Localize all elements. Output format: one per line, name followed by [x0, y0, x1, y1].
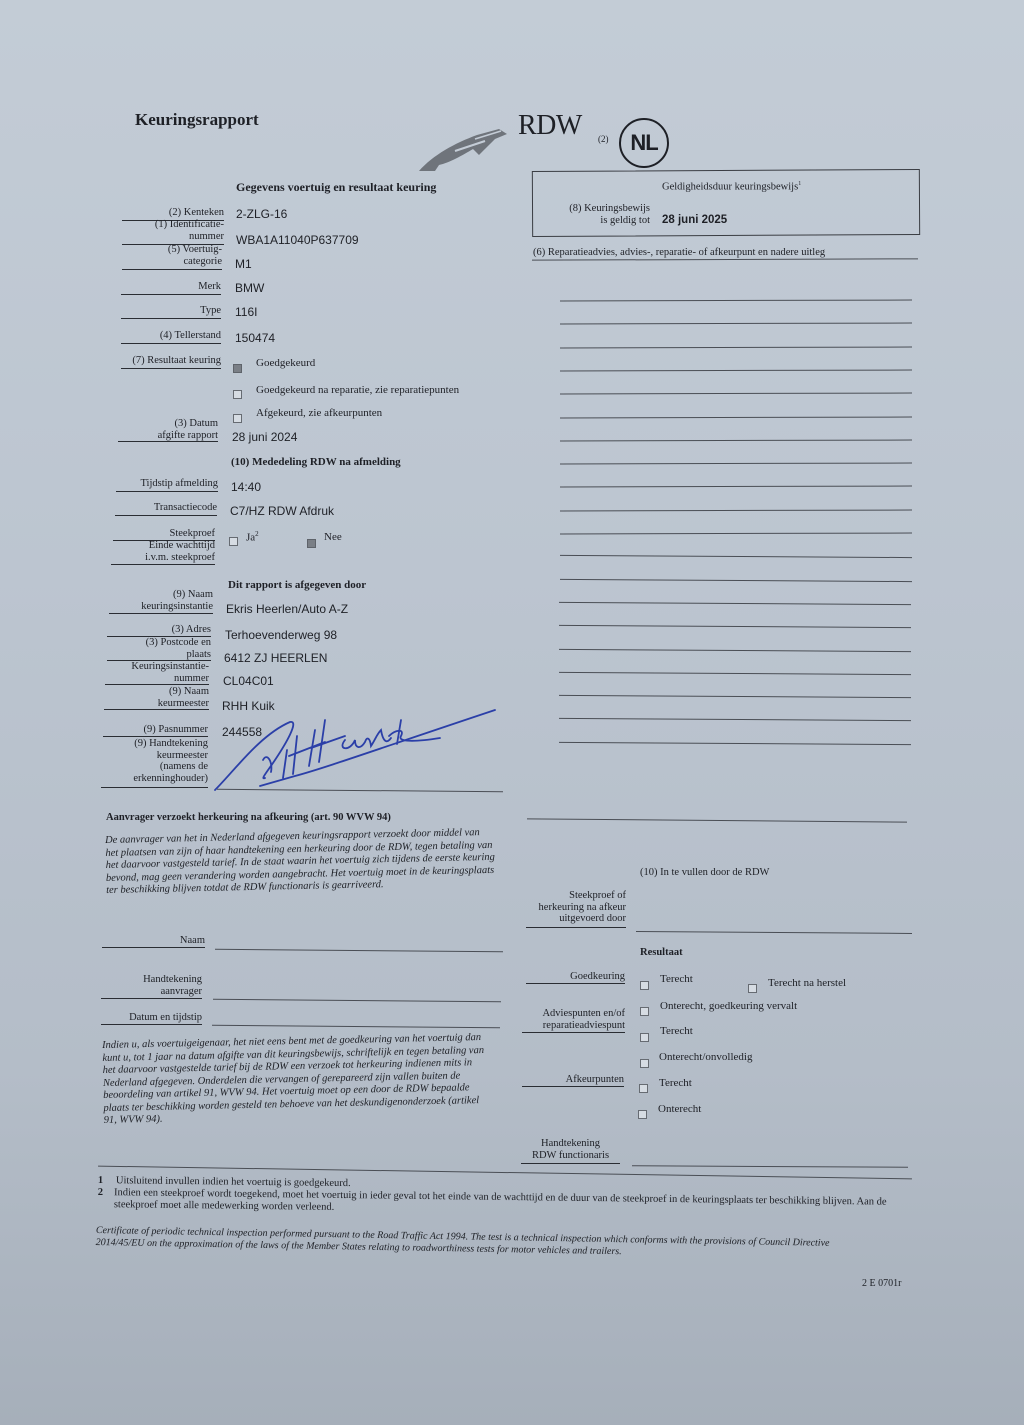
- value-tellerstand: 150474: [235, 331, 275, 345]
- afkeurpunten-onterecht-label: Onterecht: [658, 1103, 701, 1115]
- aanvrager-handtekening-input[interactable]: [213, 999, 501, 1003]
- value-tijdstip-afmelding: 14:40: [231, 480, 261, 494]
- goedkeuring-terecht-na-herstel-label: Terecht na herstel: [768, 977, 846, 989]
- value-keuringsinstantienummer: CL04C01: [223, 674, 274, 688]
- repair-advice-line[interactable]: [560, 509, 912, 511]
- label-voertuigcategorie: (5) Voertuig-categorie: [122, 244, 222, 270]
- steekproef-nee-checkbox[interactable]: [307, 535, 316, 553]
- label-type: Type: [121, 305, 221, 319]
- goedkeuring-terecht-checkbox[interactable]: [640, 977, 649, 995]
- label-identificatienummer: (1) Identificatie-nummer: [122, 219, 224, 245]
- steekproef-ja-label: Ja2: [246, 530, 259, 544]
- label-handtekening-keurmeester: (9) Handtekening keurmeester (namens de …: [101, 738, 208, 788]
- value-transactiecode: C7/HZ RDW Afdruk: [230, 504, 334, 518]
- document-title: Keuringsrapport: [135, 110, 259, 130]
- repair-advice-line[interactable]: [559, 718, 911, 721]
- value-kenteken: 2-ZLG-16: [236, 207, 287, 221]
- afkeurpunten-terecht-label: Terecht: [659, 1077, 692, 1089]
- country-ref: (2): [598, 134, 609, 144]
- goedkeuring-terecht-label: Terecht: [660, 973, 693, 985]
- label-adviespunten: Adviespunten en/ofreparatieadviespunt: [522, 1008, 625, 1033]
- label-handtekening-aanvrager: Handtekeningaanvrager: [101, 974, 202, 999]
- certificate-statement: Certificate of periodic technical inspec…: [96, 1225, 856, 1262]
- label-datum-afgifte: (3) Datumafgifte rapport: [118, 418, 218, 442]
- label-merk: Merk: [121, 281, 221, 295]
- repair-advice-line[interactable]: [560, 369, 912, 371]
- rdw-feather-logo-icon: [415, 125, 510, 175]
- repair-advice-line[interactable]: [560, 323, 912, 325]
- label-postcode-plaats: (3) Postcode enplaats: [107, 637, 211, 661]
- result-afgekeurd-label: Afgekeurd, zie afkeurpunten: [256, 407, 382, 419]
- repair-advice-line[interactable]: [560, 486, 912, 488]
- repair-advice-line[interactable]: [560, 579, 912, 582]
- repair-advice-line[interactable]: [559, 672, 911, 675]
- adviespunten-onterecht-checkbox[interactable]: [640, 1055, 649, 1073]
- label-afkeurpunten: Afkeurpunten: [522, 1074, 624, 1087]
- repair-advice-line[interactable]: [560, 463, 912, 465]
- result-goedgekeurd-na-reparatie-checkbox[interactable]: [233, 386, 242, 404]
- label-tijdstip-afmelding: Tijdstip afmelding: [116, 478, 218, 492]
- inspector-signature: [205, 690, 505, 800]
- repair-advice-line[interactable]: [560, 533, 912, 535]
- value-geldig-tot: 28 juni 2025: [662, 214, 727, 226]
- adviespunten-onterecht-label: Onterecht/onvolledig: [659, 1051, 752, 1063]
- repair-advice-line[interactable]: [559, 625, 911, 628]
- uitgevoerd-door-input[interactable]: [636, 931, 912, 934]
- rdw-result-title: Resultaat: [640, 947, 683, 958]
- label-goedkeuring: Goedkeuring: [526, 971, 625, 984]
- label-pasnummer: (9) Pasnummer: [103, 724, 208, 737]
- goedkeuring-onterecht-label: Onterecht, goedkeuring vervalt: [660, 1000, 797, 1012]
- afkeurpunten-onterecht-checkbox[interactable]: [638, 1106, 647, 1124]
- label-resultaat-keuring: (7) Resultaat keuring: [121, 355, 221, 369]
- owner-reinspection-notice: Indien u, als voertuigeigenaar, het niet…: [102, 1032, 494, 1128]
- aanvrager-naam-input[interactable]: [215, 949, 503, 953]
- inspection-report-page: Keuringsrapport RDW (2) NL Gegevens voer…: [0, 0, 1024, 1425]
- value-merk: BMW: [235, 281, 264, 295]
- label-naam-keuringsinstantie: (9) Naamkeuringsinstantie: [109, 589, 213, 614]
- footnotes: 1 Uitsluitend invullen indien het voertu…: [98, 1175, 888, 1221]
- validity-title: Geldigheidsduur keuringsbewijs1: [662, 181, 801, 193]
- repair-advice-line[interactable]: [559, 695, 911, 698]
- afkeurpunten-terecht-checkbox[interactable]: [639, 1080, 648, 1098]
- value-naam-keuringsinstantie: Ekris Heerlen/Auto A-Z: [226, 602, 348, 616]
- repair-advice-line[interactable]: [559, 602, 911, 605]
- result-goedgekeurd-na-reparatie-label: Goedgekeurd na reparatie, zie reparatiep…: [256, 384, 459, 396]
- repair-advice-line[interactable]: [560, 439, 912, 441]
- label-tellerstand: (4) Tellerstand: [121, 330, 221, 344]
- issuer-section-title: Dit rapport is afgegeven door: [228, 579, 366, 591]
- label-einde-wachttijd: Einde wachttijdi.v.m. steekproef: [111, 540, 215, 565]
- label-datum-tijdstip: Datum en tijdstip: [101, 1012, 202, 1025]
- goedkeuring-onterecht-checkbox[interactable]: [640, 1003, 649, 1021]
- rdw-section-title: (10) In te vullen door de RDW: [640, 867, 769, 878]
- steekproef-nee-label: Nee: [324, 531, 342, 543]
- repair-advice-line[interactable]: [559, 648, 911, 651]
- label-naam-keurmeester: (9) Naamkeurmeester: [104, 686, 209, 710]
- value-adres: Terhoevenderweg 98: [225, 628, 337, 642]
- result-goedgekeurd-label: Goedgekeurd: [256, 357, 315, 369]
- value-datum-afgifte: 28 juni 2024: [232, 430, 297, 444]
- value-type: 116I: [235, 305, 257, 319]
- adviespunten-terecht-label: Terecht: [660, 1025, 693, 1037]
- rdw-handtekening-input[interactable]: [632, 1165, 908, 1167]
- repair-advice-line[interactable]: [560, 300, 912, 302]
- country-code-badge: NL: [619, 118, 669, 168]
- repair-advice-line[interactable]: [560, 555, 912, 558]
- result-afgekeurd-checkbox[interactable]: [233, 410, 242, 428]
- steekproef-ja-checkbox[interactable]: [229, 533, 238, 551]
- goedkeuring-terecht-na-herstel-checkbox[interactable]: [748, 980, 757, 998]
- repair-advice-line[interactable]: [560, 416, 912, 418]
- label-adres: (3) Adres: [107, 624, 211, 637]
- value-identificatienummer: WBA1A11040P637709: [236, 233, 359, 247]
- repair-advice-line[interactable]: [560, 393, 912, 395]
- repair-advice-title: (6) Reparatieadvies, advies-, reparatie-…: [533, 247, 825, 258]
- aanvrager-datum-tijdstip-input[interactable]: [212, 1025, 500, 1029]
- value-postcode-plaats: 6412 ZJ HEERLEN: [224, 651, 327, 665]
- label-geldig-tot: (8) Keuringsbewijsis geldig tot: [548, 203, 650, 226]
- form-code: 2 E 0701r: [862, 1278, 901, 1289]
- label-keuringsinstantienummer: Keuringsinstantie-nummer: [105, 661, 209, 685]
- repair-advice-line[interactable]: [559, 742, 911, 745]
- label-handtekening-rdw: HandtekeningRDW functionaris: [521, 1138, 620, 1164]
- value-voertuigcategorie: M1: [235, 257, 252, 271]
- repair-advice-final-line[interactable]: [527, 818, 907, 822]
- reinspection-request-title: Aanvrager verzoekt herkeuring na afkeuri…: [106, 812, 391, 823]
- rdw-wordmark: RDW: [518, 110, 582, 142]
- result-goedgekeurd-checkbox[interactable]: [233, 360, 242, 378]
- repair-advice-line[interactable]: [560, 346, 912, 348]
- deregistration-section-title: (10) Mededeling RDW na afmelding: [231, 456, 401, 468]
- adviespunten-terecht-checkbox[interactable]: [640, 1029, 649, 1047]
- repair-advice-title-rule: [532, 258, 918, 260]
- label-uitgevoerd-door: Steekproef of herkeuring na afkeur uitge…: [526, 890, 626, 928]
- reinspection-request-body: De aanvrager van het in Nederland afgege…: [105, 827, 496, 898]
- vehicle-section-title: Gegevens voertuig en resultaat keuring: [236, 180, 436, 195]
- label-aanvrager-naam: Naam: [102, 935, 205, 948]
- label-transactiecode: Transactiecode: [115, 502, 217, 516]
